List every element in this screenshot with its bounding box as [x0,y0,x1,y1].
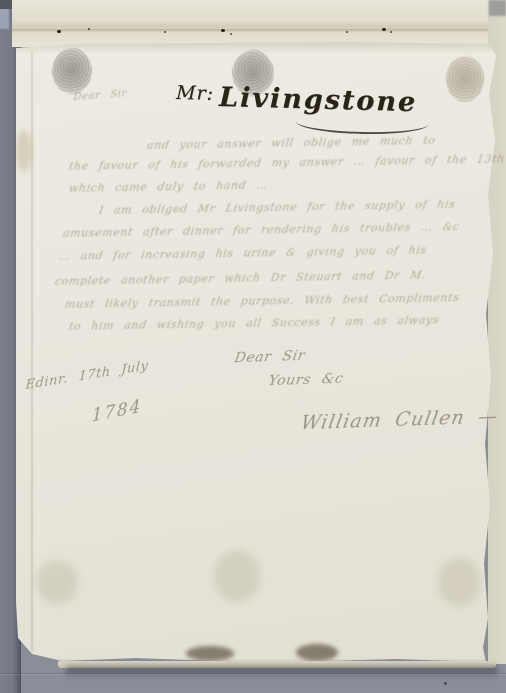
wafer-stain-faint [214,550,260,602]
corner-shadow [489,0,506,16]
ink-speck [390,31,392,33]
vertical-fold-highlight [37,102,38,642]
ink-speck [88,28,90,30]
wafer-stain [446,56,484,102]
previous-leaf-edge [12,0,506,47]
edge-smudge [296,644,338,661]
binding-tab [0,9,10,30]
ink-speck [57,30,61,33]
manuscript-letter-photo: Dear Sir Mr: Livingstone and your answer… [0,0,506,693]
under-leaf-right [488,0,506,664]
wafer-stain-faint [36,560,78,604]
mount-speck [444,682,447,685]
fold-stain [16,130,32,172]
addressee-heading: Mr: Livingstone [176,81,418,118]
mount-seam-line [0,673,506,674]
closing-yours: Yours &c [267,370,345,389]
wafer-stain [52,48,92,94]
crease-line [12,29,506,32]
ink-speck [221,29,225,32]
ink-speck [164,31,166,33]
addressee-name: Livingstone [219,82,418,118]
addressee-title: Mr: [176,82,215,105]
ink-speck [230,33,232,35]
ink-speck [346,31,348,33]
edge-smudge [186,646,234,661]
closing-salutation: Dear Sir [233,348,306,367]
wafer-stain-faint [438,558,480,606]
ink-speck [382,28,386,31]
